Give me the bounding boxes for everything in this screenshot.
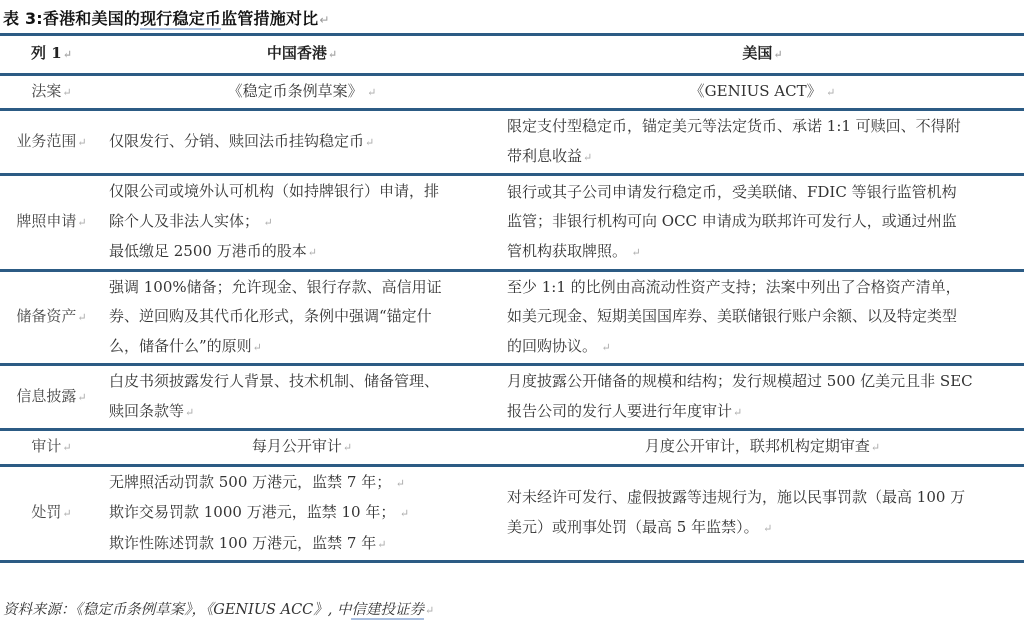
row-label: 业务范围↵ [0, 110, 103, 175]
us-cell: 对未经许可发行、虚假披露等违规行为，施以民事罚款（最高 100 万美元）或刑事处… [501, 465, 1024, 562]
source-text: 资料来源：《稳定币条例草案》，《GENIUS ACC》, 中 [3, 602, 351, 618]
row-label: 储备资产↵ [0, 270, 103, 365]
hk-cell: 强调 100%储备；允许现金、银行存款、高信用证券、逆回购及其代币化形式，条例中… [103, 270, 501, 365]
paragraph-mark-icon: ↵ [425, 604, 434, 617]
us-cell: 《GENIUS ACT》 ↵ [501, 74, 1024, 110]
us-cell: 限定支付型稳定币，锚定美元等法定货币、承诺 1:1 可赎回、不得附带利息收益↵ [501, 110, 1024, 175]
row-label: 信息披露↵ [0, 365, 103, 430]
source-note: 资料来源：《稳定币条例草案》，《GENIUS ACC》, 中信建投证券↵ [3, 598, 434, 619]
table-row-license: 牌照申请↵ 仅限公司或境外认可机构（如持牌银行）申请，排除个人及非法人实体； ↵… [0, 175, 1024, 271]
us-cell: 月度披露公开储备的规模和结构；发行规模超过 500 亿美元且非 SEC报告公司的… [501, 365, 1024, 430]
paragraph-mark-icon: ↵ [319, 13, 329, 27]
us-cell: 月度公开审计，联邦机构定期审查↵ [501, 430, 1024, 466]
hk-cell: 白皮书须披露发行人背景、技术机制、储备管理、赎回条款等↵ [103, 365, 501, 430]
header-hk: 中国香港↵ [103, 35, 501, 75]
row-label: 法案↵ [0, 74, 103, 110]
us-cell: 银行或其子公司申请发行稳定币，受美联储、FDIC 等银行监管机构监管；非银行机构… [501, 175, 1024, 271]
row-label: 审计↵ [0, 430, 103, 466]
header-col1: 列 1↵ [0, 35, 103, 75]
source-underlined: 信建投证券 [351, 602, 424, 620]
caption-prefix: 表 3:香港和美国的 [3, 9, 140, 28]
hk-cell: 仅限公司或境外认可机构（如持牌银行）申请，排除个人及非法人实体； ↵最低缴足 2… [103, 175, 501, 271]
caption-underlined: 现行稳定币 [140, 9, 221, 30]
header-row: 列 1↵ 中国香港↵ 美国↵ [0, 35, 1024, 75]
header-us: 美国↵ [501, 35, 1024, 75]
hk-cell: 《稳定币条例草案》 ↵ [103, 74, 501, 110]
hk-cell: 仅限发行、分销、赎回法币挂钩稳定币↵ [103, 110, 501, 175]
hk-cell: 无牌照活动罚款 500 万港元，监禁 7 年； ↵欺诈交易罚款 1000 万港元… [103, 465, 501, 562]
table-row-penalties: 处罚↵ 无牌照活动罚款 500 万港元，监禁 7 年； ↵欺诈交易罚款 1000… [0, 465, 1024, 562]
table-row-disclosure: 信息披露↵ 白皮书须披露发行人背景、技术机制、储备管理、赎回条款等↵ 月度披露公… [0, 365, 1024, 430]
us-cell: 至少 1:1 的比例由高流动性资产支持；法案中列出了合格资产清单，如美元现金、短… [501, 270, 1024, 365]
table-row-reserves: 储备资产↵ 强调 100%储备；允许现金、银行存款、高信用证券、逆回购及其代币化… [0, 270, 1024, 365]
row-label: 牌照申请↵ [0, 175, 103, 271]
row-label: 处罚↵ [0, 465, 103, 562]
comparison-table: 列 1↵ 中国香港↵ 美国↵ 法案↵ 《稳定币条例草案》 ↵ 《GENIUS A… [0, 33, 1024, 563]
table-row-audit: 审计↵ 每月公开审计↵ 月度公开审计，联邦机构定期审查↵ [0, 430, 1024, 466]
table-row-scope: 业务范围↵ 仅限发行、分销、赎回法币挂钩稳定币↵ 限定支付型稳定币，锚定美元等法… [0, 110, 1024, 175]
caption-suffix: 监管措施对比 [221, 9, 318, 28]
table-row-law: 法案↵ 《稳定币条例草案》 ↵ 《GENIUS ACT》 ↵ [0, 74, 1024, 110]
hk-cell: 每月公开审计↵ [103, 430, 501, 466]
table-caption: 表 3:香港和美国的现行稳定币监管措施对比↵ [3, 6, 330, 29]
